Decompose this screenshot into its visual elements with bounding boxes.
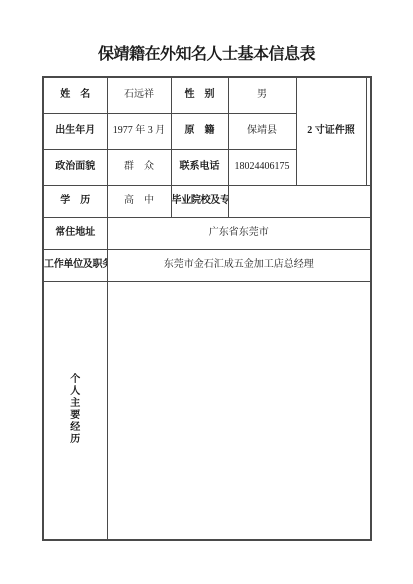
origin-value: 保靖县 (228, 113, 296, 149)
name-value: 石远祥 (107, 77, 171, 113)
phone-value: 18024406175 (228, 149, 296, 185)
address-value: 广东省东莞市 (107, 217, 371, 249)
photo-placeholder-cell: 2 寸证件照 (296, 77, 366, 185)
address-label: 常住地址 (43, 217, 107, 249)
gender-value: 男 (228, 77, 296, 113)
work-unit-label: 工作单位及职务 (43, 249, 107, 281)
table-row: 学 历 高 中 毕业院校及专业 (43, 185, 371, 217)
info-table: 姓 名 石远祥 性 别 男 2 寸证件照 出生年月 1977 年 3 月 原 籍… (42, 76, 372, 541)
page-title: 保靖籍在外知名人士基本信息表 (0, 46, 413, 64)
birth-value: 1977 年 3 月 (107, 113, 171, 149)
form-document: 保靖籍在外知名人士基本信息表 姓 名 石远祥 性 别 男 2 寸证件照 出生年月… (0, 0, 413, 584)
work-unit-value: 东莞市金石汇成五金加工店总经理 (107, 249, 371, 281)
political-status-value: 群 众 (107, 149, 171, 185)
experience-label: 个 人 主 要 经 历 (43, 281, 107, 540)
table-row: 姓 名 石远祥 性 别 男 2 寸证件照 (43, 77, 371, 113)
table-row: 工作单位及职务 东莞市金石汇成五金加工店总经理 (43, 249, 371, 281)
birth-label: 出生年月 (43, 113, 107, 149)
political-status-label: 政治面貌 (43, 149, 107, 185)
gender-label: 性 别 (171, 77, 228, 113)
table-row: 常住地址 广东省东莞市 (43, 217, 371, 249)
name-label: 姓 名 (43, 77, 107, 113)
school-major-label: 毕业院校及专业 (171, 185, 228, 217)
education-label: 学 历 (43, 185, 107, 217)
table-row: 个 人 主 要 经 历 (43, 281, 371, 540)
experience-value (107, 281, 371, 540)
origin-label: 原 籍 (171, 113, 228, 149)
education-value: 高 中 (107, 185, 171, 217)
school-major-value (228, 185, 371, 217)
photo-margin-cell (366, 77, 371, 185)
phone-label: 联系电话 (171, 149, 228, 185)
